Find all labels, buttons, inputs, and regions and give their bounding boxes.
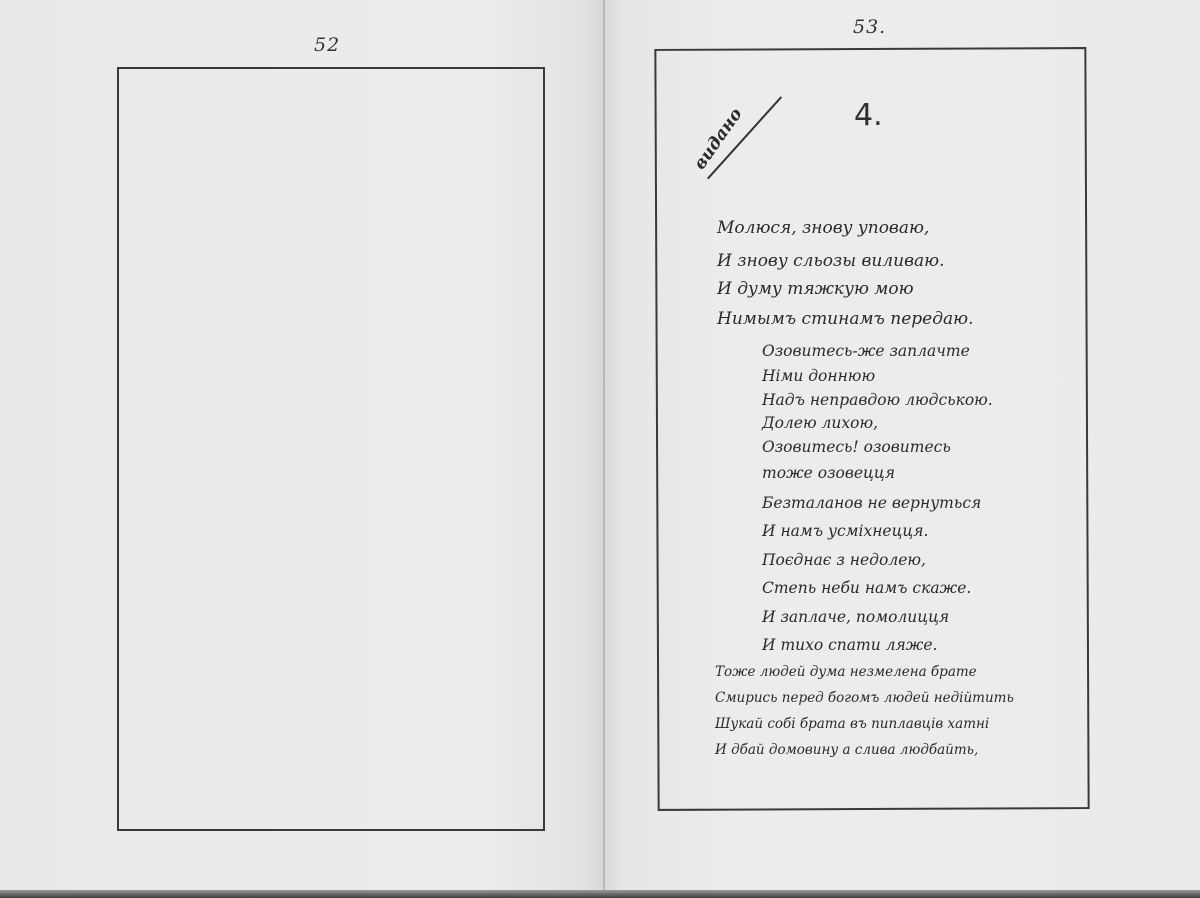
poem-line: И думу тяжкую мою — [717, 279, 914, 299]
poem-line: И знову сльозы виливаю. — [717, 251, 944, 271]
book-bottom-edge — [0, 890, 1200, 898]
poem-line: Озовитесь! озовитесь — [762, 438, 951, 456]
left-page-frame — [117, 67, 545, 831]
poem-line: Шукай собі брата въ пиплавців хатні — [715, 716, 989, 732]
poem-line: И дбай домовину а слива людбайть, — [715, 742, 978, 758]
page-number-right: 53. — [853, 16, 886, 38]
poem-line: Поєднає з недолею, — [762, 551, 926, 569]
poem-line: Озовитесь-же заплачте — [762, 342, 970, 360]
poem-line: Степь неби намъ скаже. — [762, 579, 971, 597]
poem-line: И тихо спати ляже. — [762, 636, 938, 654]
manuscript-spread: 52 53. видано 4. Молюся, знову уповаю, И… — [0, 0, 1200, 898]
poem-line: Безталанов не вернуться — [762, 494, 981, 512]
left-page: 52 — [0, 0, 604, 892]
poem-line: Надъ неправдою людською. — [762, 391, 993, 409]
page-number-left: 52 — [314, 34, 340, 56]
poem-line: Німи доннюю — [762, 367, 875, 385]
poem-line: Молюся, знову уповаю, — [717, 218, 929, 238]
poem-line: И заплаче, помолицця — [762, 608, 949, 626]
poem-line: И намъ усміхнецця. — [762, 522, 928, 540]
poem-line: тоже озовецця — [762, 464, 895, 482]
poem-line: Тоже людей дума незмелена брате — [715, 664, 977, 680]
section-number: 4. — [854, 98, 883, 133]
poem-line: Долею лихою, — [762, 414, 878, 432]
poem-line: Смирись перед богомъ людей недійтить — [715, 690, 1014, 706]
poem-line: Нимымъ стинамъ передаю. — [717, 309, 974, 329]
